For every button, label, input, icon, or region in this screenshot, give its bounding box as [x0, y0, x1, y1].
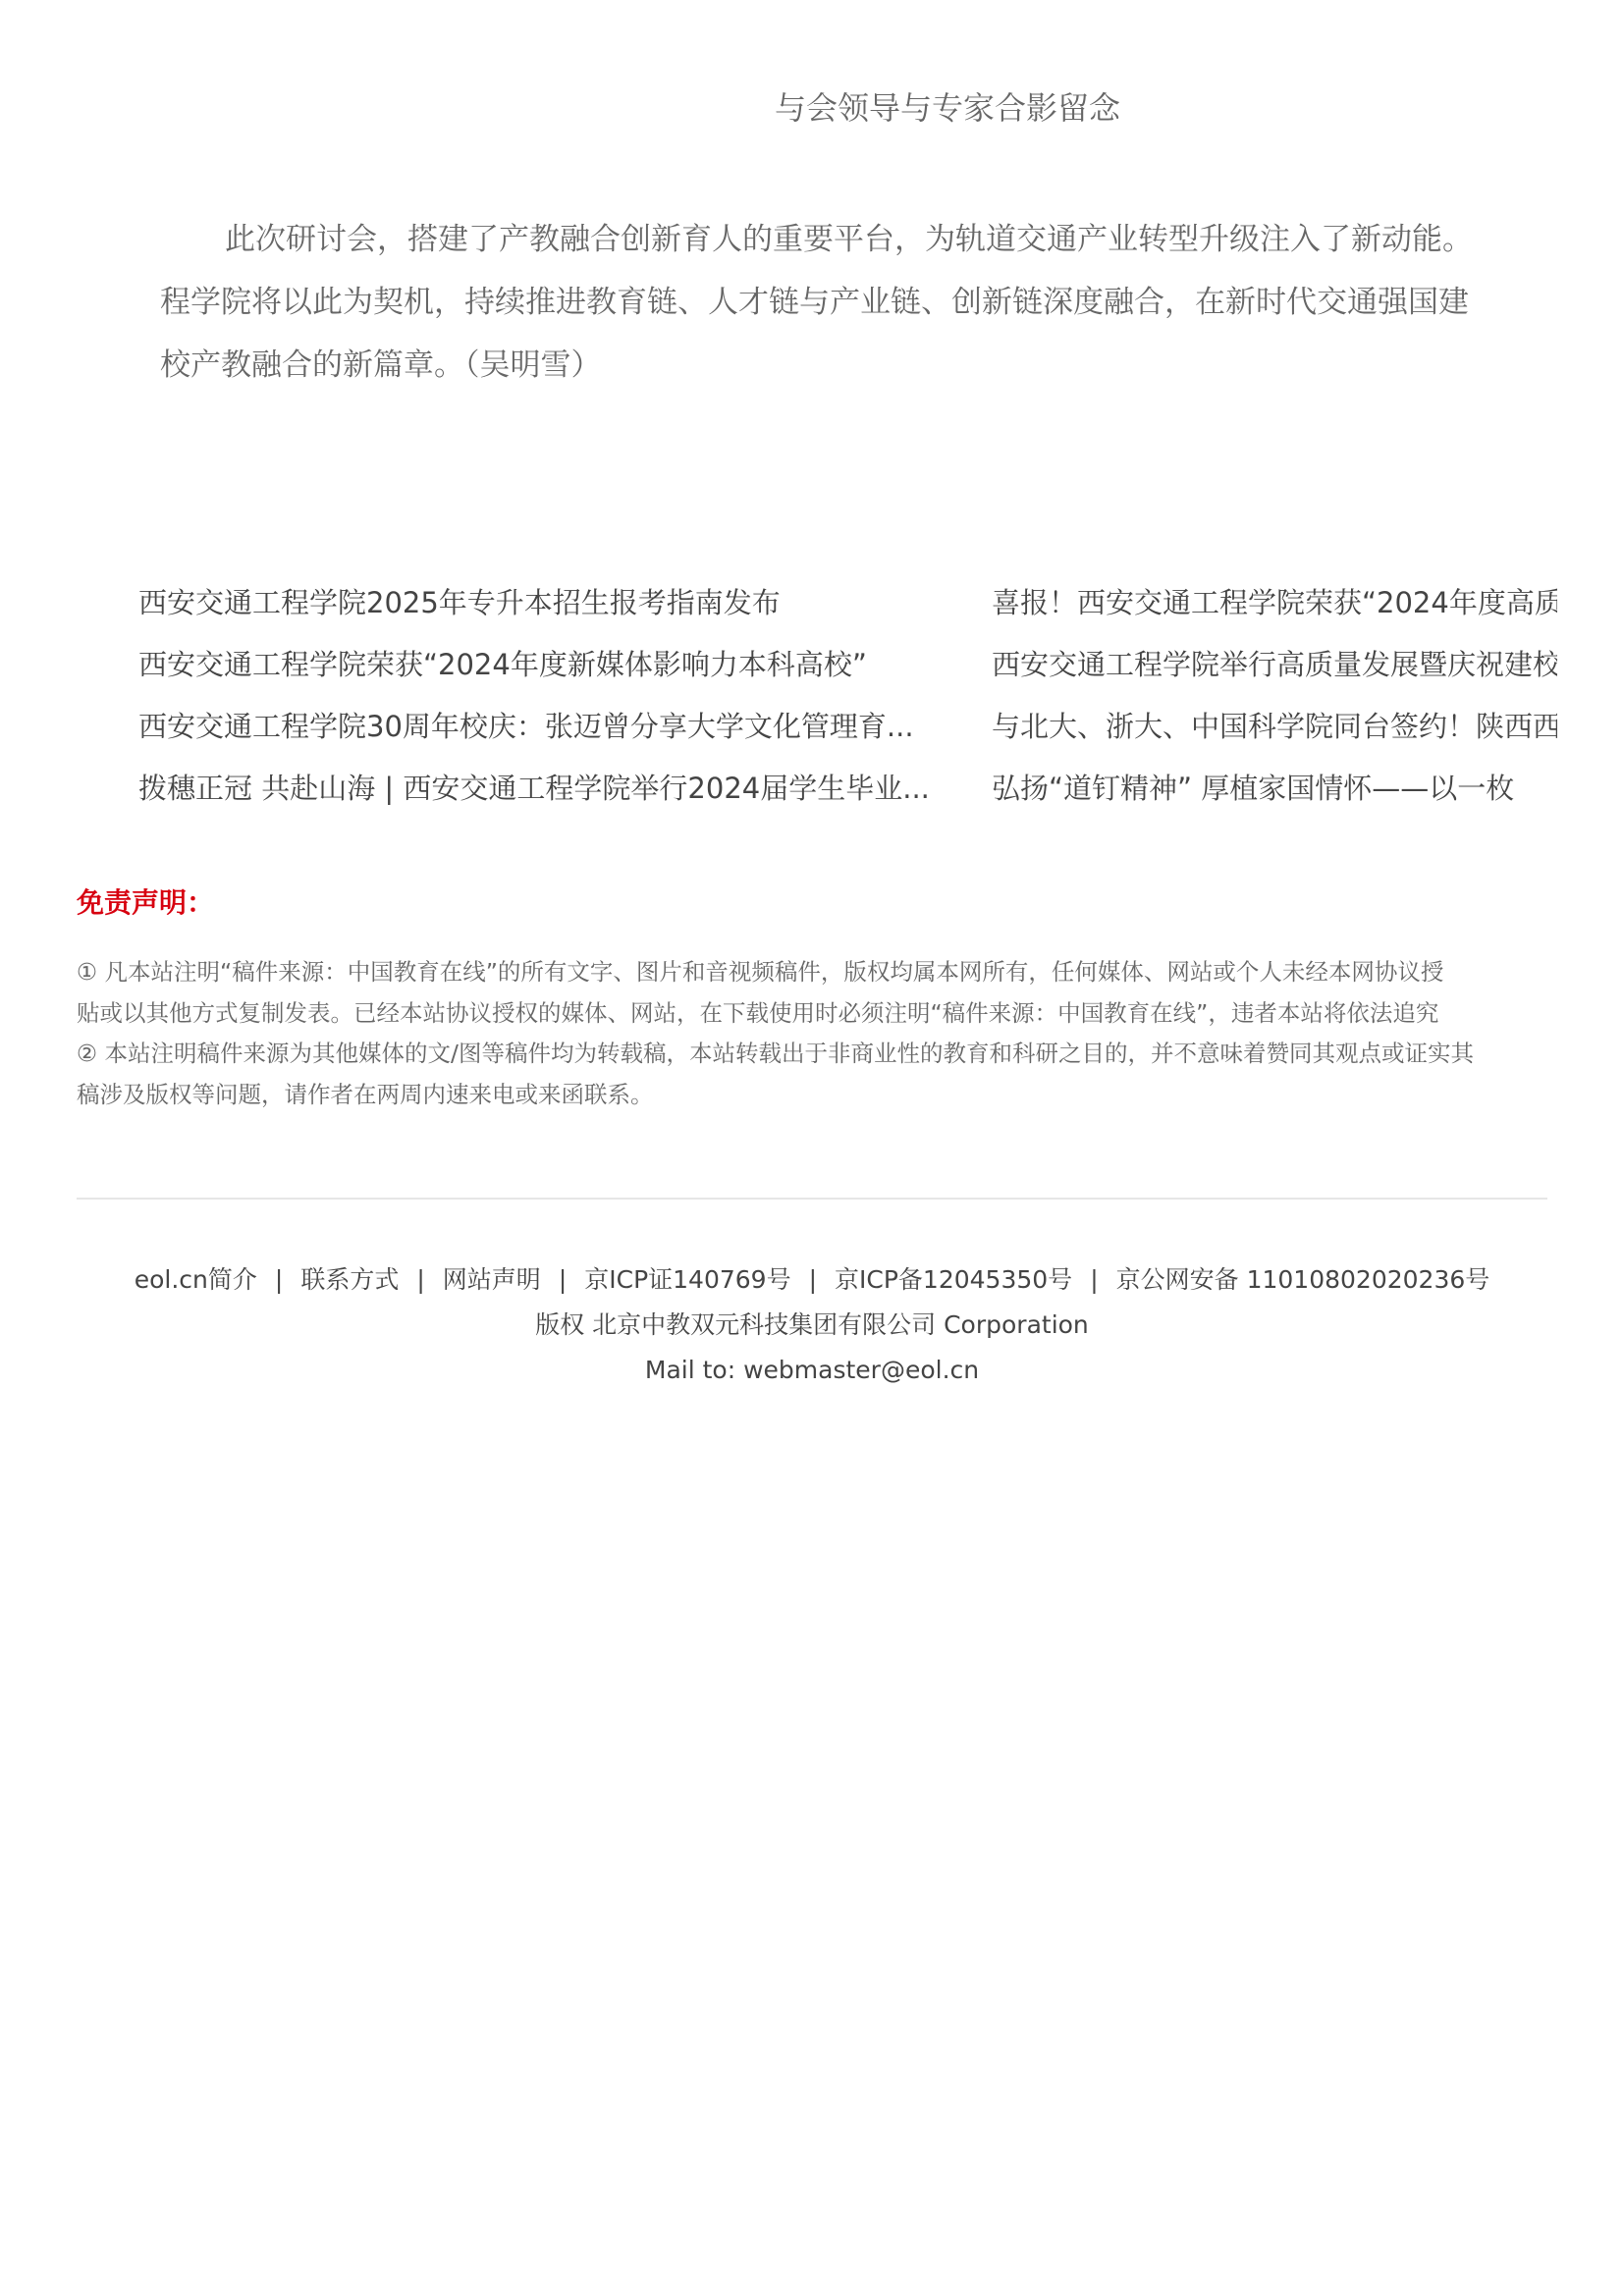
footer-mail-link[interactable]: Mail to: webmaster@eol.cn [77, 1351, 1547, 1396]
site-footer: eol.cn简介|联系方式|网站声明|京ICP证140769号|京ICP备120… [77, 1260, 1547, 1396]
disclaimer-line: ② 本站注明稿件来源为其他媒体的文/图等稿件均为转载稿，本站转载出于非商业性的教… [77, 1034, 1557, 1075]
photo-caption: 与会领导与专家合影留念 [0, 86, 1557, 130]
footer-copyright: 版权 北京中教双元科技集团有限公司 Corporation [77, 1306, 1547, 1351]
footer-links: eol.cn简介|联系方式|网站声明|京ICP证140769号|京ICP备120… [77, 1260, 1547, 1306]
footer-separator: | [559, 1260, 567, 1300]
footer-link-icp-record[interactable]: 京ICP备12045350号 [835, 1265, 1072, 1294]
news-link[interactable]: 西安交通工程学院30周年校庆：张迈曾分享大学文化管理育... [138, 707, 934, 769]
news-link[interactable]: 西安交通工程学院2025年专升本招生报考指南发布 [138, 583, 934, 645]
article-line: 此次研讨会，搭建了产教融合创新育人的重要平台，为轨道交通产业转型升级注入了新动能… [160, 208, 1557, 271]
page-content: 与会领导与专家合影留念 此次研讨会，搭建了产教融合创新育人的重要平台，为轨道交通… [0, 0, 1557, 2296]
related-news: 西安交通工程学院2025年专升本招生报考指南发布 西安交通工程学院荣获“2024… [0, 583, 1557, 819]
footer-separator: | [1090, 1260, 1098, 1300]
footer-link-icp-license[interactable]: 京ICP证140769号 [584, 1265, 790, 1294]
news-link[interactable]: 拨穗正冠 共赴山海 | 西安交通工程学院举行2024届学生毕业... [138, 769, 934, 830]
footer-separator: | [809, 1260, 817, 1300]
footer-separator: | [275, 1260, 283, 1300]
disclaimer-title: 免责声明： [77, 883, 214, 923]
footer-link-contact[interactable]: 联系方式 [300, 1265, 399, 1294]
disclaimer-body: ① 凡本站注明“稿件来源：中国教育在线”的所有文字、图片和音视频稿件，版权均属本… [77, 952, 1557, 1115]
related-news-left-column: 西安交通工程学院2025年专升本招生报考指南发布 西安交通工程学院荣获“2024… [138, 583, 934, 830]
disclaimer-line: 稿涉及版权等问题，请作者在两周内速来电或来函联系。 [77, 1075, 1557, 1116]
related-news-right-column: 喜报！西安交通工程学院荣获“2024年度高质 西安交通工程学院举行高质量发展暨庆… [992, 583, 1557, 830]
footer-link-about[interactable]: eol.cn简介 [135, 1265, 257, 1294]
news-link[interactable]: 喜报！西安交通工程学院荣获“2024年度高质 [992, 583, 1557, 645]
news-link[interactable]: 与北大、浙大、中国科学院同台签约！陕西西 [992, 707, 1557, 769]
disclaimer-line: 贴或以其他方式复制发表。已经本站协议授权的媒体、网站，在下载使用时必须注明“稿件… [77, 993, 1557, 1035]
news-link[interactable]: 西安交通工程学院荣获“2024年度新媒体影响力本科高校” [138, 645, 934, 707]
footer-separator: | [416, 1260, 424, 1300]
footer-link-statement[interactable]: 网站声明 [443, 1265, 541, 1294]
news-link[interactable]: 西安交通工程学院举行高质量发展暨庆祝建校 [992, 645, 1557, 707]
news-link[interactable]: 弘扬“道钉精神” 厚植家国情怀——以一枚 [992, 769, 1557, 830]
article-line: 校产教融合的新篇章。（吴明雪） [160, 334, 1557, 397]
article-paragraph: 此次研讨会，搭建了产教融合创新育人的重要平台，为轨道交通产业转型升级注入了新动能… [160, 208, 1557, 397]
footer-link-police-record[interactable]: 京公网安备 11010802020236号 [1116, 1265, 1490, 1294]
disclaimer-line: ① 凡本站注明“稿件来源：中国教育在线”的所有文字、图片和音视频稿件，版权均属本… [77, 952, 1557, 993]
footer-divider [77, 1198, 1547, 1200]
article-line: 程学院将以此为契机，持续推进教育链、人才链与产业链、创新链深度融合，在新时代交通… [160, 271, 1557, 334]
